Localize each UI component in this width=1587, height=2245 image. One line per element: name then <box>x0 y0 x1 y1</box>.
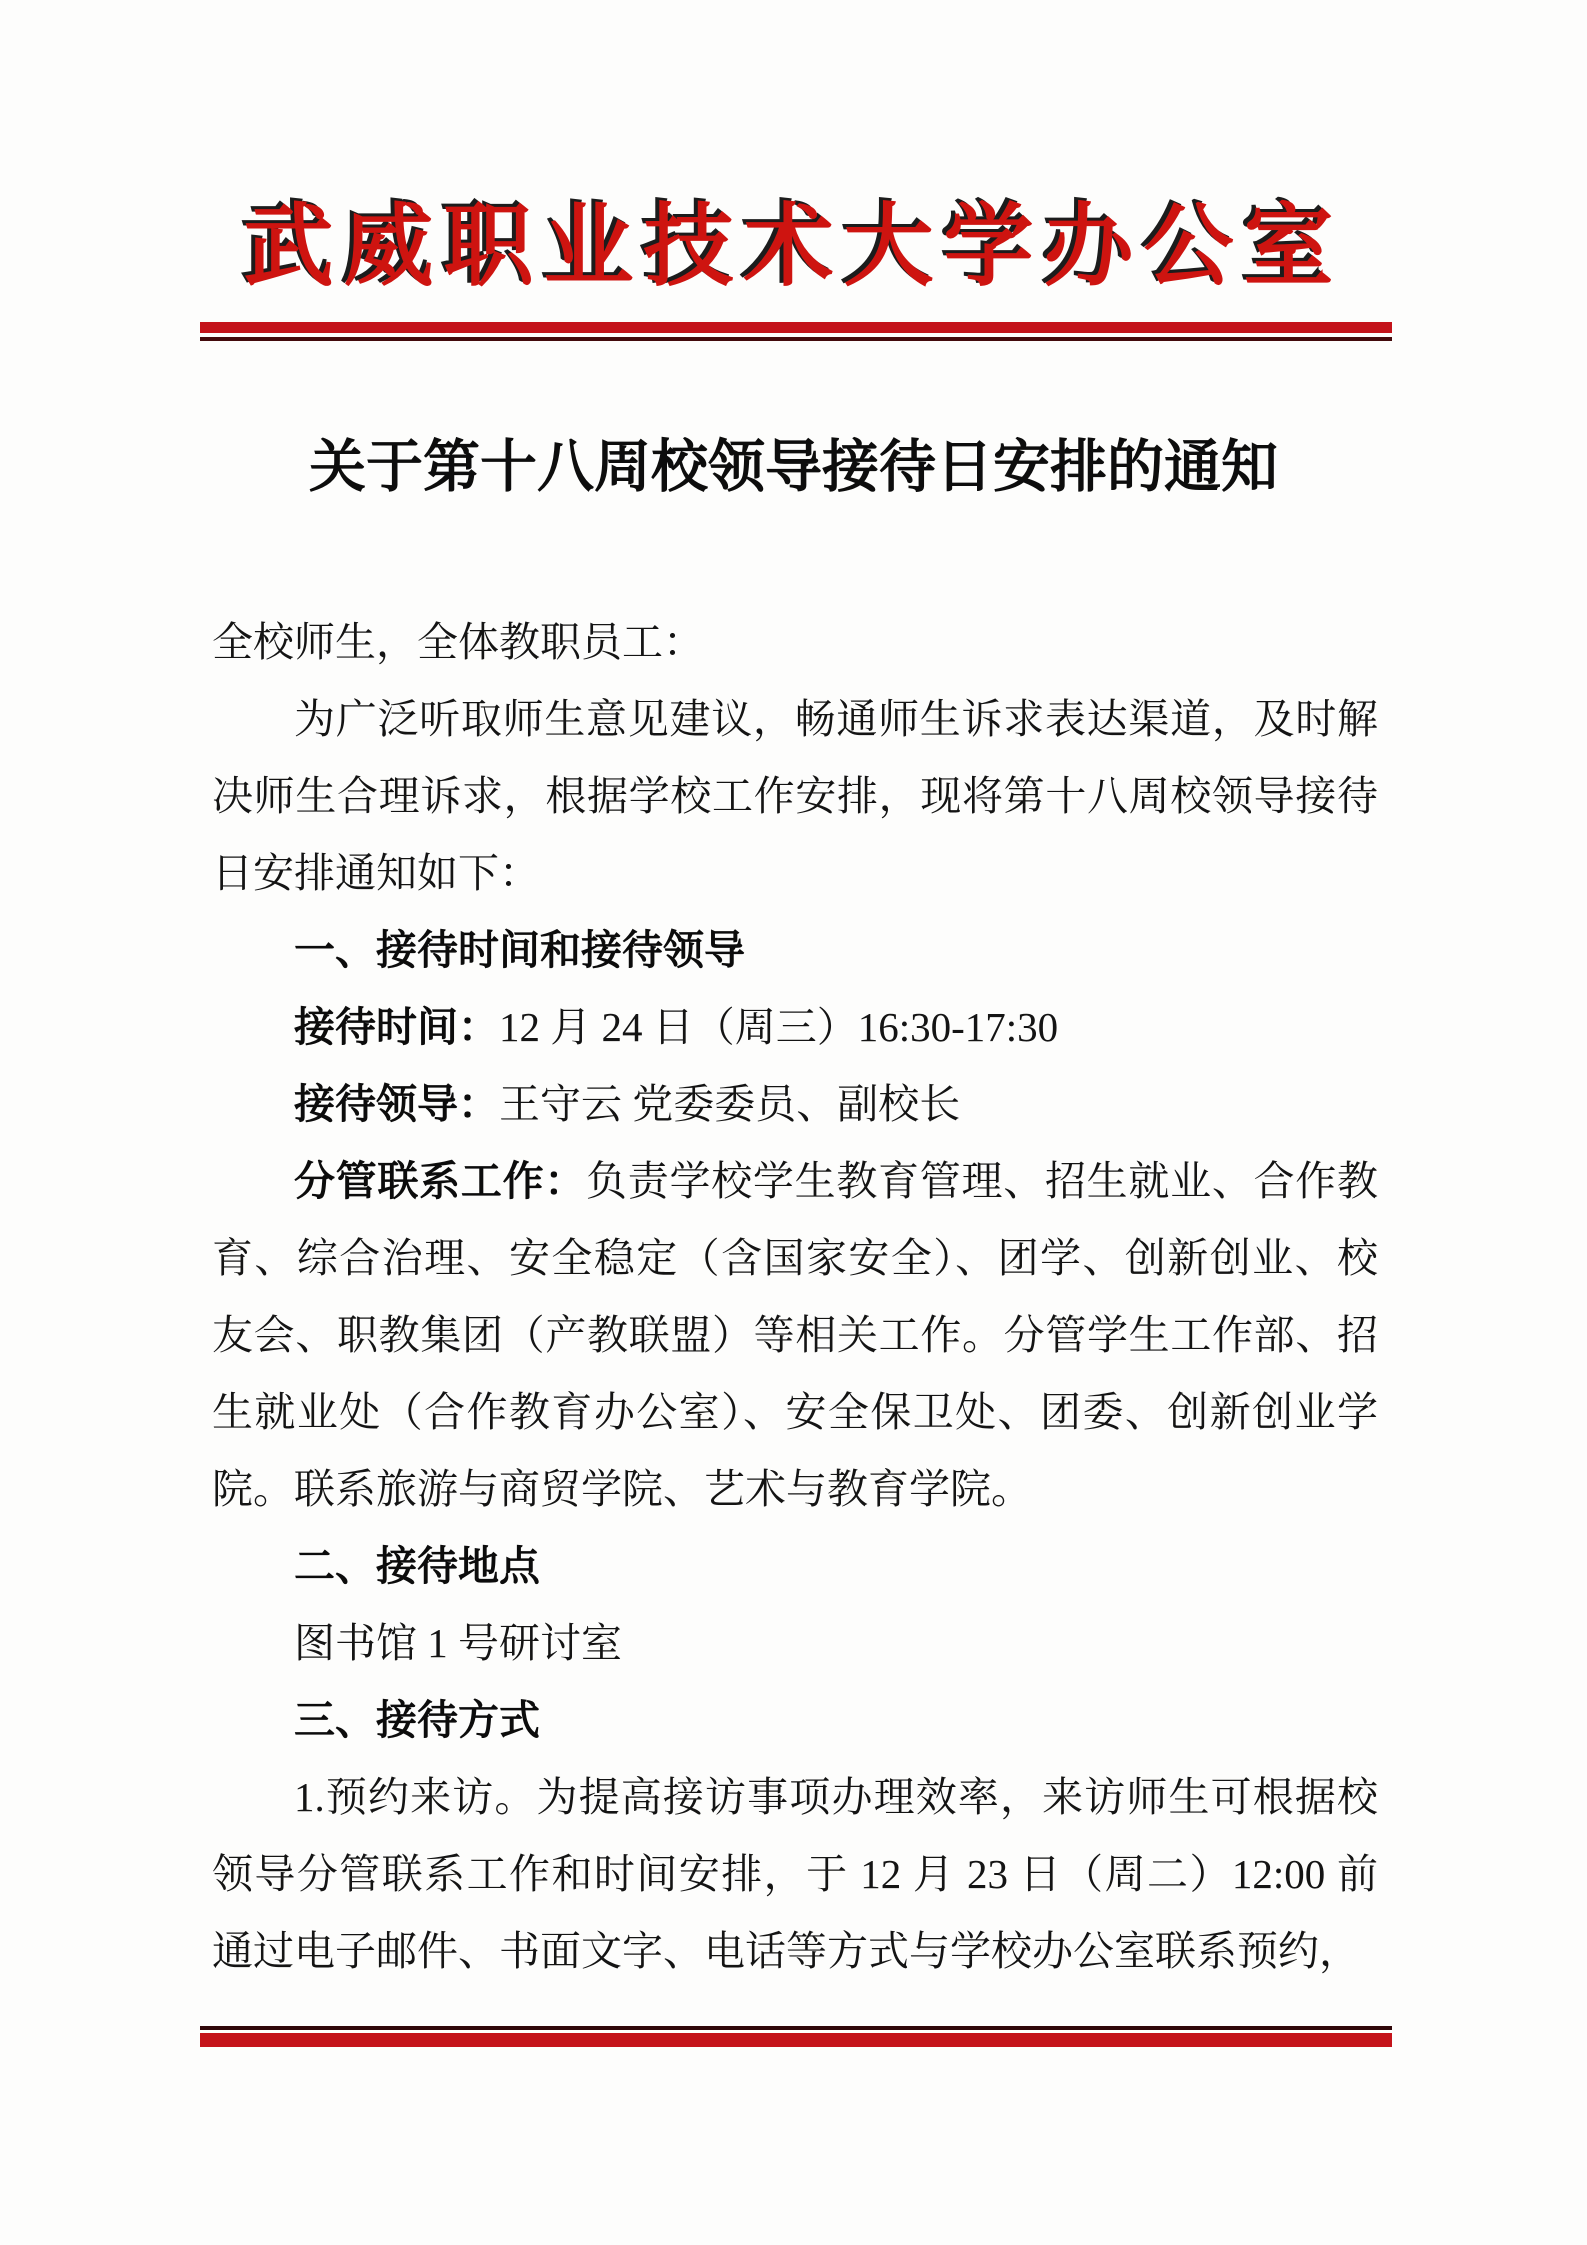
footer-rule-thin <box>200 2026 1392 2030</box>
notice-document-page: 武威职业技术大学办公室 关于第十八周校领导接待日安排的通知 全校师生，全体教职员… <box>0 0 1587 2245</box>
reception-leader-label: 接待领导： <box>294 1081 499 1127</box>
reception-leader-line: 接待领导：王守云 党委委员、副校长 <box>212 1066 1378 1143</box>
duty-value: 负责学校学生教育管理、招生就业、合作教育、综合治理、安全稳定（含国家安全）、团学… <box>212 1158 1378 1512</box>
reception-time-label: 接待时间： <box>294 1004 499 1050</box>
duty-label: 分管联系工作： <box>294 1158 586 1204</box>
intro-text: 为广泛听取师生意见建议，畅通师生诉求表达渠道，及时解决师生合理诉求，根据学校工作… <box>212 696 1378 896</box>
reception-location-line: 图书馆 1 号研讨室 <box>212 1605 1378 1682</box>
document-title: 关于第十八周校领导接待日安排的通知 <box>0 432 1587 504</box>
letterhead-org-name: 武威职业技术大学办公室 <box>0 196 1587 300</box>
intro-paragraph: 为广泛听取师生意见建议，畅通师生诉求表达渠道，及时解决师生合理诉求，根据学校工作… <box>212 681 1378 912</box>
duty-paragraph: 分管联系工作：负责学校学生教育管理、招生就业、合作教育、综合治理、安全稳定（含国… <box>212 1143 1378 1528</box>
section3-heading-text: 三、接待方式 <box>294 1697 540 1743</box>
section1-heading: 一、接待时间和接待领导 <box>212 912 1378 989</box>
footer-rule-thick <box>200 2033 1392 2047</box>
document-body: 全校师生，全体教职员工： 为广泛听取师生意见建议，畅通师生诉求表达渠道，及时解决… <box>212 604 1378 1990</box>
section3-heading: 三、接待方式 <box>212 1682 1378 1759</box>
letterhead-rule-thin <box>200 337 1392 341</box>
section2-heading: 二、接待地点 <box>212 1528 1378 1605</box>
appointment-text: 1.预约来访。为提高接访事项办理效率，来访师生可根据校领导分管联系工作和时间安排… <box>212 1774 1378 1974</box>
reception-time-value: 12 月 24 日（周三）16:30-17:30 <box>499 1004 1058 1050</box>
section1-heading-text: 一、接待时间和接待领导 <box>294 927 745 973</box>
reception-time-line: 接待时间：12 月 24 日（周三）16:30-17:30 <box>212 989 1378 1066</box>
reception-leader-value: 王守云 党委委员、副校长 <box>499 1081 960 1127</box>
letterhead-rule-thick <box>200 322 1392 333</box>
appointment-paragraph: 1.预约来访。为提高接访事项办理效率，来访师生可根据校领导分管联系工作和时间安排… <box>212 1759 1378 1990</box>
salutation-text: 全校师生，全体教职员工： <box>212 619 704 665</box>
section2-heading-text: 二、接待地点 <box>294 1543 540 1589</box>
reception-location-text: 图书馆 1 号研讨室 <box>294 1620 622 1666</box>
salutation-line: 全校师生，全体教职员工： <box>212 604 1378 681</box>
